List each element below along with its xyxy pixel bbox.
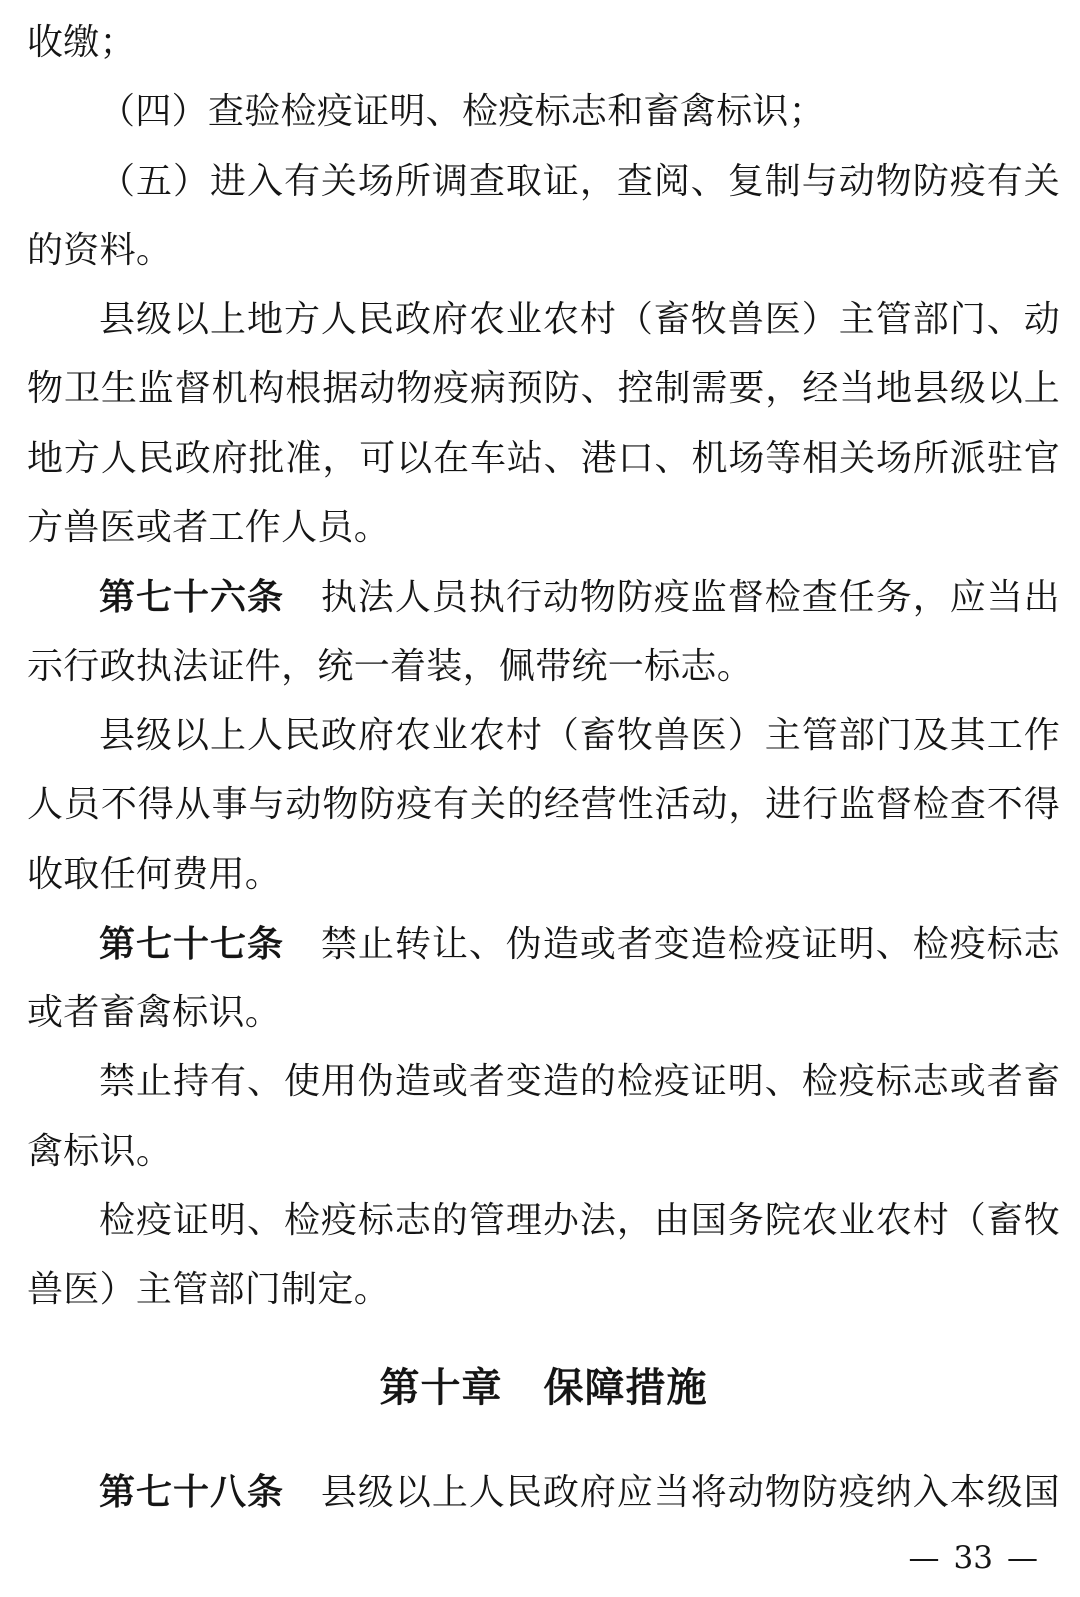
text-line: 方兽医或者工作人员。 [27, 493, 1060, 562]
article-number: 第七十六条 [99, 576, 284, 617]
text-line: 第七十六条 执法人员执行动物防疫监督检查任务，应当出 [27, 562, 1060, 631]
article-number: 第七十八条 [99, 1471, 284, 1512]
text-segment: 人员不得从事与动物防疫有关的经营性活动，进行监督检查不得 [27, 784, 1060, 824]
text-line: 检疫证明、检疫标志的管理办法，由国务院农业农村（畜牧 [27, 1186, 1060, 1255]
chapter-heading-text: 第十章 保障措施 [380, 1366, 708, 1410]
text-segment: 检疫证明、检疫标志的管理办法，由国务院农业农村（畜牧 [99, 1200, 1060, 1240]
text-segment: 或者畜禽标识。 [27, 992, 281, 1032]
text-line: 物卫生监督机构根据动物疫病预防、控制需要，经当地县级以上 [27, 354, 1060, 423]
text-line: 禁止持有、使用伪造或者变造的检疫证明、检疫标志或者畜 [27, 1047, 1060, 1116]
text-segment: 县级以上地方人民政府农业农村（畜牧兽医）主管部门、动 [99, 299, 1060, 339]
text-line: 人员不得从事与动物防疫有关的经营性活动，进行监督检查不得 [27, 770, 1060, 839]
text-segment: 示行政执法证件，统一着装，佩带统一标志。 [27, 646, 753, 686]
text-line: 第七十七条 禁止转让、伪造或者变造检疫证明、检疫标志 [27, 909, 1060, 978]
text-line: 禽标识。 [27, 1117, 1060, 1186]
text-line: 或者畜禽标识。 [27, 978, 1060, 1047]
text-segment: 地方人民政府批准，可以在车站、港口、机场等相关场所派驻官 [27, 438, 1060, 478]
document-page: 收缴；（四）查验检疫证明、检疫标志和畜禽标识；（五）进入有关场所调查取证，查阅、… [0, 0, 1080, 1597]
text-line: 县级以上地方人民政府农业农村（畜牧兽医）主管部门、动 [27, 285, 1060, 354]
text-segment: 县级以上人民政府农业农村（畜牧兽医）主管部门及其工作 [99, 715, 1060, 755]
text-segment: （四）查验检疫证明、检疫标志和畜禽标识； [99, 91, 825, 131]
text-segment: 禽标识。 [27, 1131, 172, 1171]
text-segment: 收取任何费用。 [27, 854, 281, 894]
page-number: 33 [954, 1540, 993, 1576]
text-segment: 物卫生监督机构根据动物疫病预防、控制需要，经当地县级以上 [27, 368, 1060, 408]
article-number: 第七十七条 [99, 923, 284, 964]
footer-dash-left: — [909, 1540, 940, 1576]
text-line: （四）查验检疫证明、检疫标志和畜禽标识； [27, 77, 1060, 146]
text-line: 第七十八条 县级以上人民政府应当将动物防疫纳入本级国 [27, 1457, 1060, 1526]
text-segment: 收缴； [27, 22, 136, 62]
text-line: 县级以上人民政府农业农村（畜牧兽医）主管部门及其工作 [27, 701, 1060, 770]
text-line: 地方人民政府批准，可以在车站、港口、机场等相关场所派驻官 [27, 424, 1060, 493]
text-segment: 兽医）主管部门制定。 [27, 1269, 390, 1309]
chapter-heading: 第十章 保障措施 [27, 1353, 1060, 1423]
page-footer: —33— [909, 1538, 1038, 1578]
text-segment: 禁止持有、使用伪造或者变造的检疫证明、检疫标志或者畜 [99, 1061, 1060, 1101]
text-segment: 的资料。 [27, 230, 172, 270]
text-segment: 禁止转让、伪造或者变造检疫证明、检疫标志 [284, 924, 1060, 964]
text-line: 收缴； [27, 8, 1060, 77]
footer-dash-right: — [1007, 1540, 1038, 1576]
document-body: 收缴；（四）查验检疫证明、检疫标志和畜禽标识；（五）进入有关场所调查取证，查阅、… [27, 8, 1060, 1526]
text-segment: 方兽医或者工作人员。 [27, 507, 390, 547]
text-line: 兽医）主管部门制定。 [27, 1255, 1060, 1324]
text-line: 的资料。 [27, 216, 1060, 285]
text-line: （五）进入有关场所调查取证，查阅、复制与动物防疫有关 [27, 147, 1060, 216]
text-line: 示行政执法证件，统一着装，佩带统一标志。 [27, 632, 1060, 701]
text-line: 收取任何费用。 [27, 840, 1060, 909]
text-segment: （五）进入有关场所调查取证，查阅、复制与动物防疫有关 [99, 161, 1060, 201]
text-segment: 县级以上人民政府应当将动物防疫纳入本级国 [284, 1472, 1060, 1512]
text-segment: 执法人员执行动物防疫监督检查任务，应当出 [284, 577, 1060, 617]
